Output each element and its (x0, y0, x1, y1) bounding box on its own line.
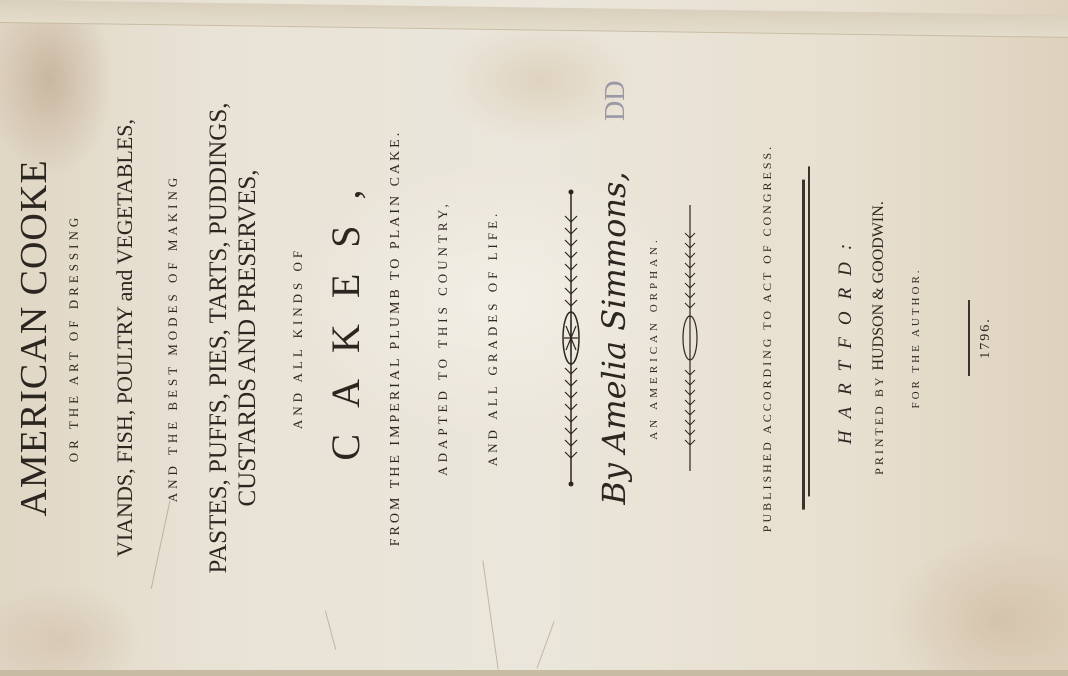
publication-place: HARTFORD: (835, 0, 857, 676)
subtitle-line-3: AND THE BEST MODES OF MAKING (165, 0, 181, 676)
printer-prefix: PRINTED BY (872, 375, 886, 475)
subtitle-line-4: PASTES, PUFFS, PIES, TARTS, PUDDINGS, (205, 0, 233, 676)
printed-for: FOR THE AUTHOR. (910, 0, 922, 676)
book-title: AMERICAN COOKE (12, 0, 56, 676)
subtitle-line-6: AND ALL KINDS OF (290, 0, 306, 676)
cakes-heading: CAKES, (322, 0, 369, 676)
double-rule-thick (802, 180, 805, 510)
subtitle-line-8: FROM THE IMPERIAL PLUMB TO PLAIN CAKE. (388, 0, 404, 676)
subtitle-line-1: OR THE ART OF DRESSING (66, 0, 82, 676)
subtitle-line-2: VIANDS, FISH, POULTRY and VEGETABLES, (112, 0, 138, 676)
laurel-ornament-icon (561, 188, 581, 488)
author-description: AN AMERICAN ORPHAN. (648, 0, 660, 676)
double-rule-thin (808, 166, 810, 496)
subtitle-line-9: ADAPTED TO THIS COUNTRY, (435, 0, 451, 676)
subtitle-line-5: CUSTARDS AND PRESERVES, (234, 0, 262, 676)
publication-year: 1796. (978, 0, 994, 676)
laurel-ornament-icon (680, 203, 700, 473)
title-page: AMERICAN COOKE OR THE ART OF DRESSING VI… (0, 0, 1068, 676)
subtitle-line-10: AND ALL GRADES OF LIFE. (485, 0, 501, 676)
publication-note: PUBLISHED ACCORDING TO ACT OF CONGRESS. (760, 0, 775, 676)
handwritten-annotation: DD (600, 81, 632, 121)
printer-line: PRINTED BY HUDSON & GOODWIN. (870, 0, 888, 676)
printer-name: HUDSON & GOODWIN. (870, 201, 887, 370)
date-rule (968, 300, 970, 376)
